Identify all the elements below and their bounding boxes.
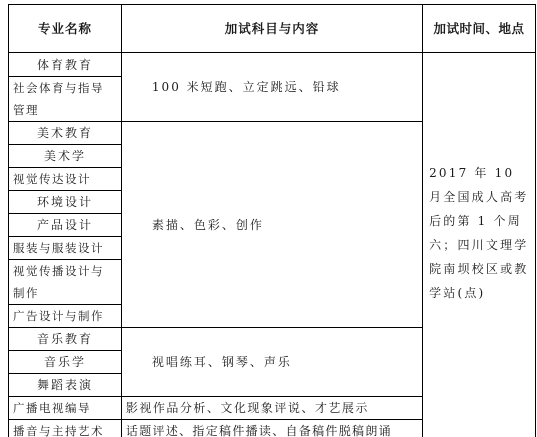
major-cell: 社会体育与指导管理 bbox=[9, 77, 122, 122]
subjects-cell: 100 米短跑、立定跳远、铅球 bbox=[121, 53, 422, 122]
table-row: 体育教育 100 米短跑、立定跳远、铅球 2017 年 10 月全国成人高考后的… bbox=[9, 53, 536, 77]
major-cell: 产品设计 bbox=[9, 214, 122, 237]
major-cell: 舞蹈表演 bbox=[9, 374, 122, 397]
subjects-cell: 视唱练耳、钢琴、声乐 bbox=[121, 328, 422, 397]
exam-schedule-table: 专业名称 加试科目与内容 加试时间、地点 体育教育 100 米短跑、立定跳远、铅… bbox=[8, 4, 536, 437]
header-row: 专业名称 加试科目与内容 加试时间、地点 bbox=[9, 5, 536, 53]
subjects-cell: 素描、色彩、创作 bbox=[121, 122, 422, 328]
major-cell: 视觉传达设计 bbox=[9, 168, 122, 191]
header-subjects: 加试科目与内容 bbox=[121, 5, 422, 53]
major-cell: 播音与主持艺术 bbox=[9, 420, 122, 437]
major-cell: 视觉传播设计与制作 bbox=[9, 260, 122, 305]
major-cell: 体育教育 bbox=[9, 53, 122, 77]
major-cell: 美术学 bbox=[9, 145, 122, 168]
header-time-place: 加试时间、地点 bbox=[423, 5, 536, 53]
header-major: 专业名称 bbox=[9, 5, 122, 53]
major-cell: 广告设计与制作 bbox=[9, 305, 122, 328]
major-cell: 环境设计 bbox=[9, 191, 122, 214]
subjects-cell: 影视作品分析、文化现象评说、才艺展示 bbox=[121, 397, 422, 420]
major-cell: 音乐学 bbox=[9, 351, 122, 374]
major-cell: 服装与服装设计 bbox=[9, 237, 122, 260]
time-place-cell: 2017 年 10 月全国成人高考后的第 1 个周六；四川文理学院南坝校区或教学… bbox=[423, 53, 536, 437]
major-cell: 音乐教育 bbox=[9, 328, 122, 351]
major-cell: 广播电视编导 bbox=[9, 397, 122, 420]
major-cell: 美术教育 bbox=[9, 122, 122, 145]
subjects-cell: 话题评述、指定稿件播读、自备稿件脱稿朗诵 bbox=[121, 420, 422, 437]
